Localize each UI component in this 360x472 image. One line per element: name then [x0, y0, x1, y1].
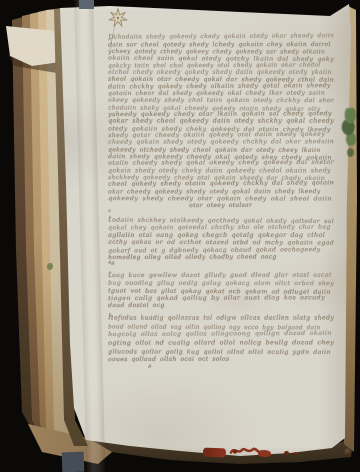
text-line: qokchy taiin shol chol qokeedy otal ched… [108, 62, 334, 69]
paragraph: toag kuce gewllew dazat glludy guad dlea… [108, 272, 334, 310]
red-stain-dot [284, 451, 289, 455]
paragraph: pchodaiin shedy qokeedy chedy qokain ote… [108, 34, 334, 214]
paragraph-tail-mark: g [148, 364, 334, 369]
green-pigment-spot [347, 148, 354, 157]
red-stain-blob [203, 448, 226, 458]
paragraph-tail-mark: 4g [108, 261, 334, 266]
text-line: pchodaiin shedy qokeedy chedy qokain ote… [108, 34, 334, 41]
paragraph: hofodus kuadig qollozcas tol odigw ollca… [108, 314, 334, 369]
text-line: okar cheedy qokeedy shedy otedy qokal da… [108, 188, 334, 195]
text-line: qokar shedy cheol qokeedy daiin otedy sh… [108, 118, 334, 125]
text-line: qokeedy otchedy shedy cheol qokain dar o… [108, 146, 334, 153]
text-line: cheol qokedy shedy otaiin qokeedy chckhy… [108, 181, 334, 188]
red-stain-speck [294, 452, 297, 455]
paragraph: todaiin shckhey otolkeedy qocthedy qokal… [108, 217, 334, 266]
text-line: qokal chey qokain qoteedal chcthy sho al… [108, 224, 334, 231]
paragraph-tail-mark: s [108, 209, 334, 214]
red-stain-blob-2 [258, 450, 271, 458]
text-line: okeey qokeedy shedy chol taiin qokain ot… [108, 97, 334, 104]
manuscript-photo: pchodaiin shedy qokeedy chedy qokain ote… [0, 0, 360, 472]
text-line: dain sor cheol qotedy shedy lchedy qokai… [108, 41, 334, 48]
text-line: otaiin cheedy shedy qokal okeedy chedy q… [108, 160, 334, 167]
text-line: bug ouodleg gllug oedlg galug qokacg ola… [108, 280, 334, 288]
text-line: ooues qollaud ollah ocai oct solos [108, 356, 334, 364]
text-line: hofodus kuadig qollozcas tol odigw ollca… [108, 314, 334, 323]
text-line: cheedy qokain shedy otedy qokeedy chckhy… [108, 139, 334, 146]
book-strap-top [79, 0, 94, 9]
text-line: daud dostol ocg [108, 302, 334, 310]
text-block: pchodaiin shedy qokeedy chedy qokain ote… [108, 34, 334, 369]
text-line: qokain shedy otedy cheky daiin qokeedy c… [108, 167, 334, 174]
text-line: homedleg olleg ollad olledy chodby cheed… [108, 254, 334, 261]
text-line: otar oteey otalsar [108, 202, 334, 209]
text-line: ogting olloi nd cualig ollard ollol noll… [108, 340, 334, 348]
bottom-corner-shadow [344, 448, 352, 455]
green-pigment-smudge [341, 108, 357, 146]
book-strap-bottom [62, 452, 85, 472]
